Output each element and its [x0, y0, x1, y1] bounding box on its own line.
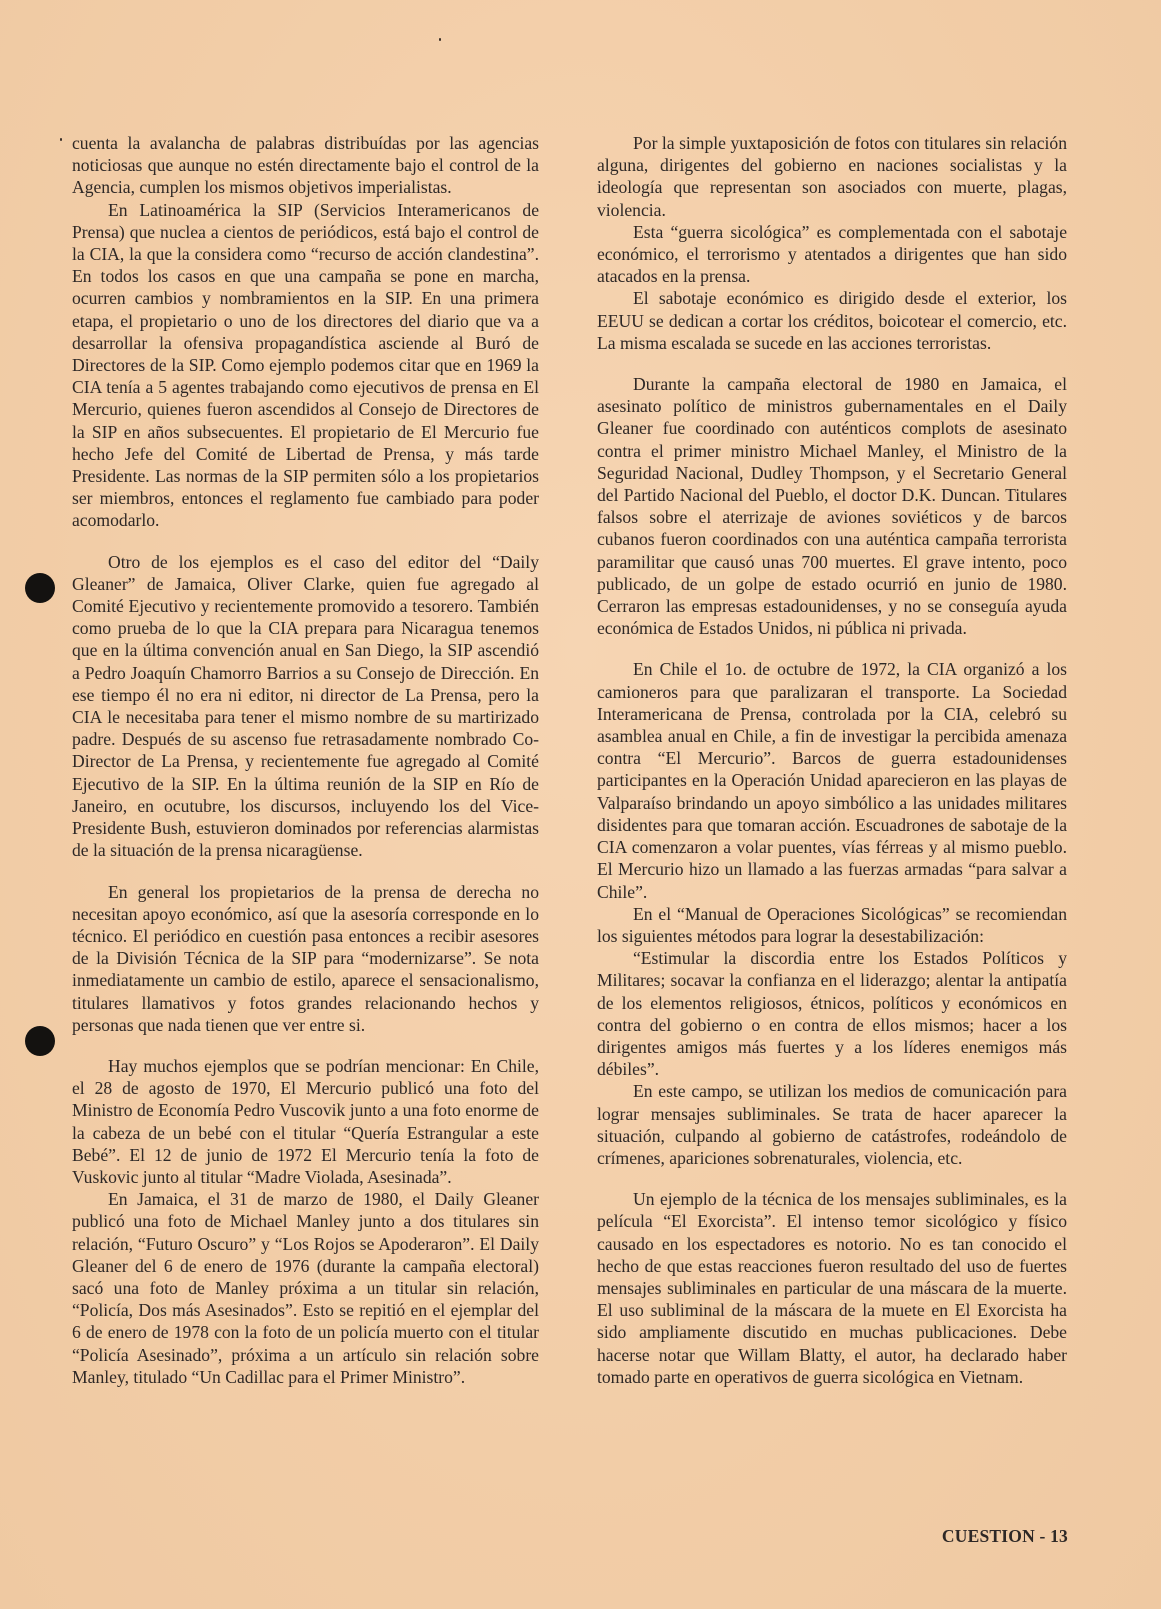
left-column: cuenta la avalancha de palabras distribu… [72, 132, 539, 1388]
paragraph: El sabotaje económico es dirigido desde … [597, 287, 1067, 354]
paragraph: cuenta la avalancha de palabras distribu… [72, 132, 539, 199]
punch-hole [25, 1026, 55, 1056]
paragraph: En Latinoamérica la SIP (Servicios Inter… [72, 199, 539, 532]
paragraph: En Jamaica, el 31 de marzo de 1980, el D… [72, 1188, 539, 1388]
paragraph: Durante la campaña electoral de 1980 en … [597, 373, 1067, 639]
print-speck [439, 38, 441, 41]
right-column: Por la simple yuxtaposición de fotos con… [597, 132, 1067, 1388]
paragraph: En el “Manual de Operaciones Sicológicas… [597, 903, 1067, 947]
paragraph: Por la simple yuxtaposición de fotos con… [597, 132, 1067, 221]
paragraph: Otro de los ejemplos es el caso del edit… [72, 551, 539, 862]
paragraph: Un ejemplo de la técnica de los mensajes… [597, 1188, 1067, 1388]
paragraph: En este campo, se utilizan los medios de… [597, 1080, 1067, 1169]
paragraph: En general los propietarios de la prensa… [72, 881, 539, 1036]
paragraph: En Chile el 1o. de octubre de 1972, la C… [597, 658, 1067, 902]
paragraph: “Estimular la discordia entre los Estado… [597, 947, 1067, 1080]
paragraph: Esta “guerra sicológica” es complementad… [597, 221, 1067, 288]
print-speck [60, 138, 62, 141]
punch-hole [25, 573, 55, 603]
page-footer: CUESTION - 13 [942, 1526, 1068, 1547]
paragraph: Hay muchos ejemplos que se podrían menci… [72, 1055, 539, 1188]
